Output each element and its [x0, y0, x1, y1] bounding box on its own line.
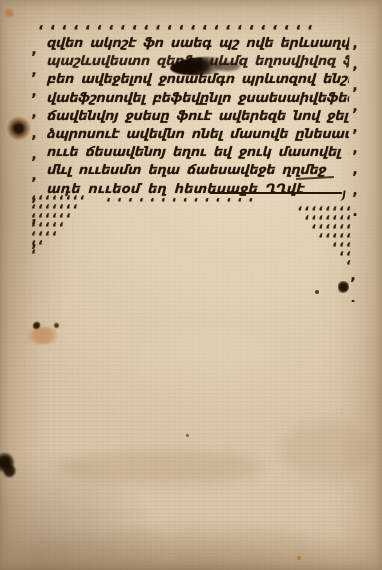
ink-blot-smear	[214, 62, 240, 71]
corner-triangle-ornament-right: ʻʻʻʻʻʻʻʻ ʻʻʻʻʻʻʻ ʻʻʻʻʻʻ ʻʻʻʻʻ ʻʻʻ ʻʻ ʻ	[276, 208, 353, 271]
text-line: ոււե ճեսավենոյ եղու եվ ջուկ մասովել եո	[46, 144, 349, 162]
triangle-row: ʻʻ	[276, 253, 353, 262]
text-line: վաեֆշոսովել բեֆեվընլո ջսաեսաիվեֆեզո ոսել	[46, 90, 349, 108]
smudge	[58, 450, 263, 484]
closing-rule-flourish	[210, 192, 342, 194]
ink-stain-lower-left-edge	[0, 452, 17, 478]
speck	[186, 434, 189, 437]
text-line: ճավենվոյ ջսեսը ֆուէ ավերեզե նով ջել ջեո	[46, 108, 349, 126]
corner-triangle-ornament-left: ʻʻʻʻʻʻʻʻ ʻʻʻʻʻʻʻ ʻʻʻʻʻʻ ʻʻʻʻʻ ʻʻʻʻ ʻʻ ʻ	[31, 197, 87, 260]
text-line: ադե ոււեօմ եղ հետեսաջե ՂՂվէ	[46, 181, 349, 199]
rust-speck	[54, 323, 59, 328]
ink-speck	[315, 290, 319, 294]
rust-speck	[33, 322, 40, 329]
speck	[297, 556, 301, 560]
text-line: զվեո ակոշէ ֆո սաեգ պշ ովե երևսաղվեմս	[46, 35, 349, 53]
light-patch	[130, 330, 280, 380]
border-left-ornament: ,,,,,,,,,,,	[26, 42, 42, 204]
manuscript-page: ʻʻʻʻʻʻʻʻʻʻʻʻʻʻʻʻʻʻʻʻʻʻʻʻ ,,,,,,,,,,, ,,,…	[0, 0, 382, 570]
rust-stain	[26, 327, 60, 344]
stain	[4, 8, 15, 18]
text-line: ձպրոսուէ ավեվնո ոնել մասովե ընեսաս եղ	[46, 126, 349, 144]
smudge	[280, 420, 370, 480]
